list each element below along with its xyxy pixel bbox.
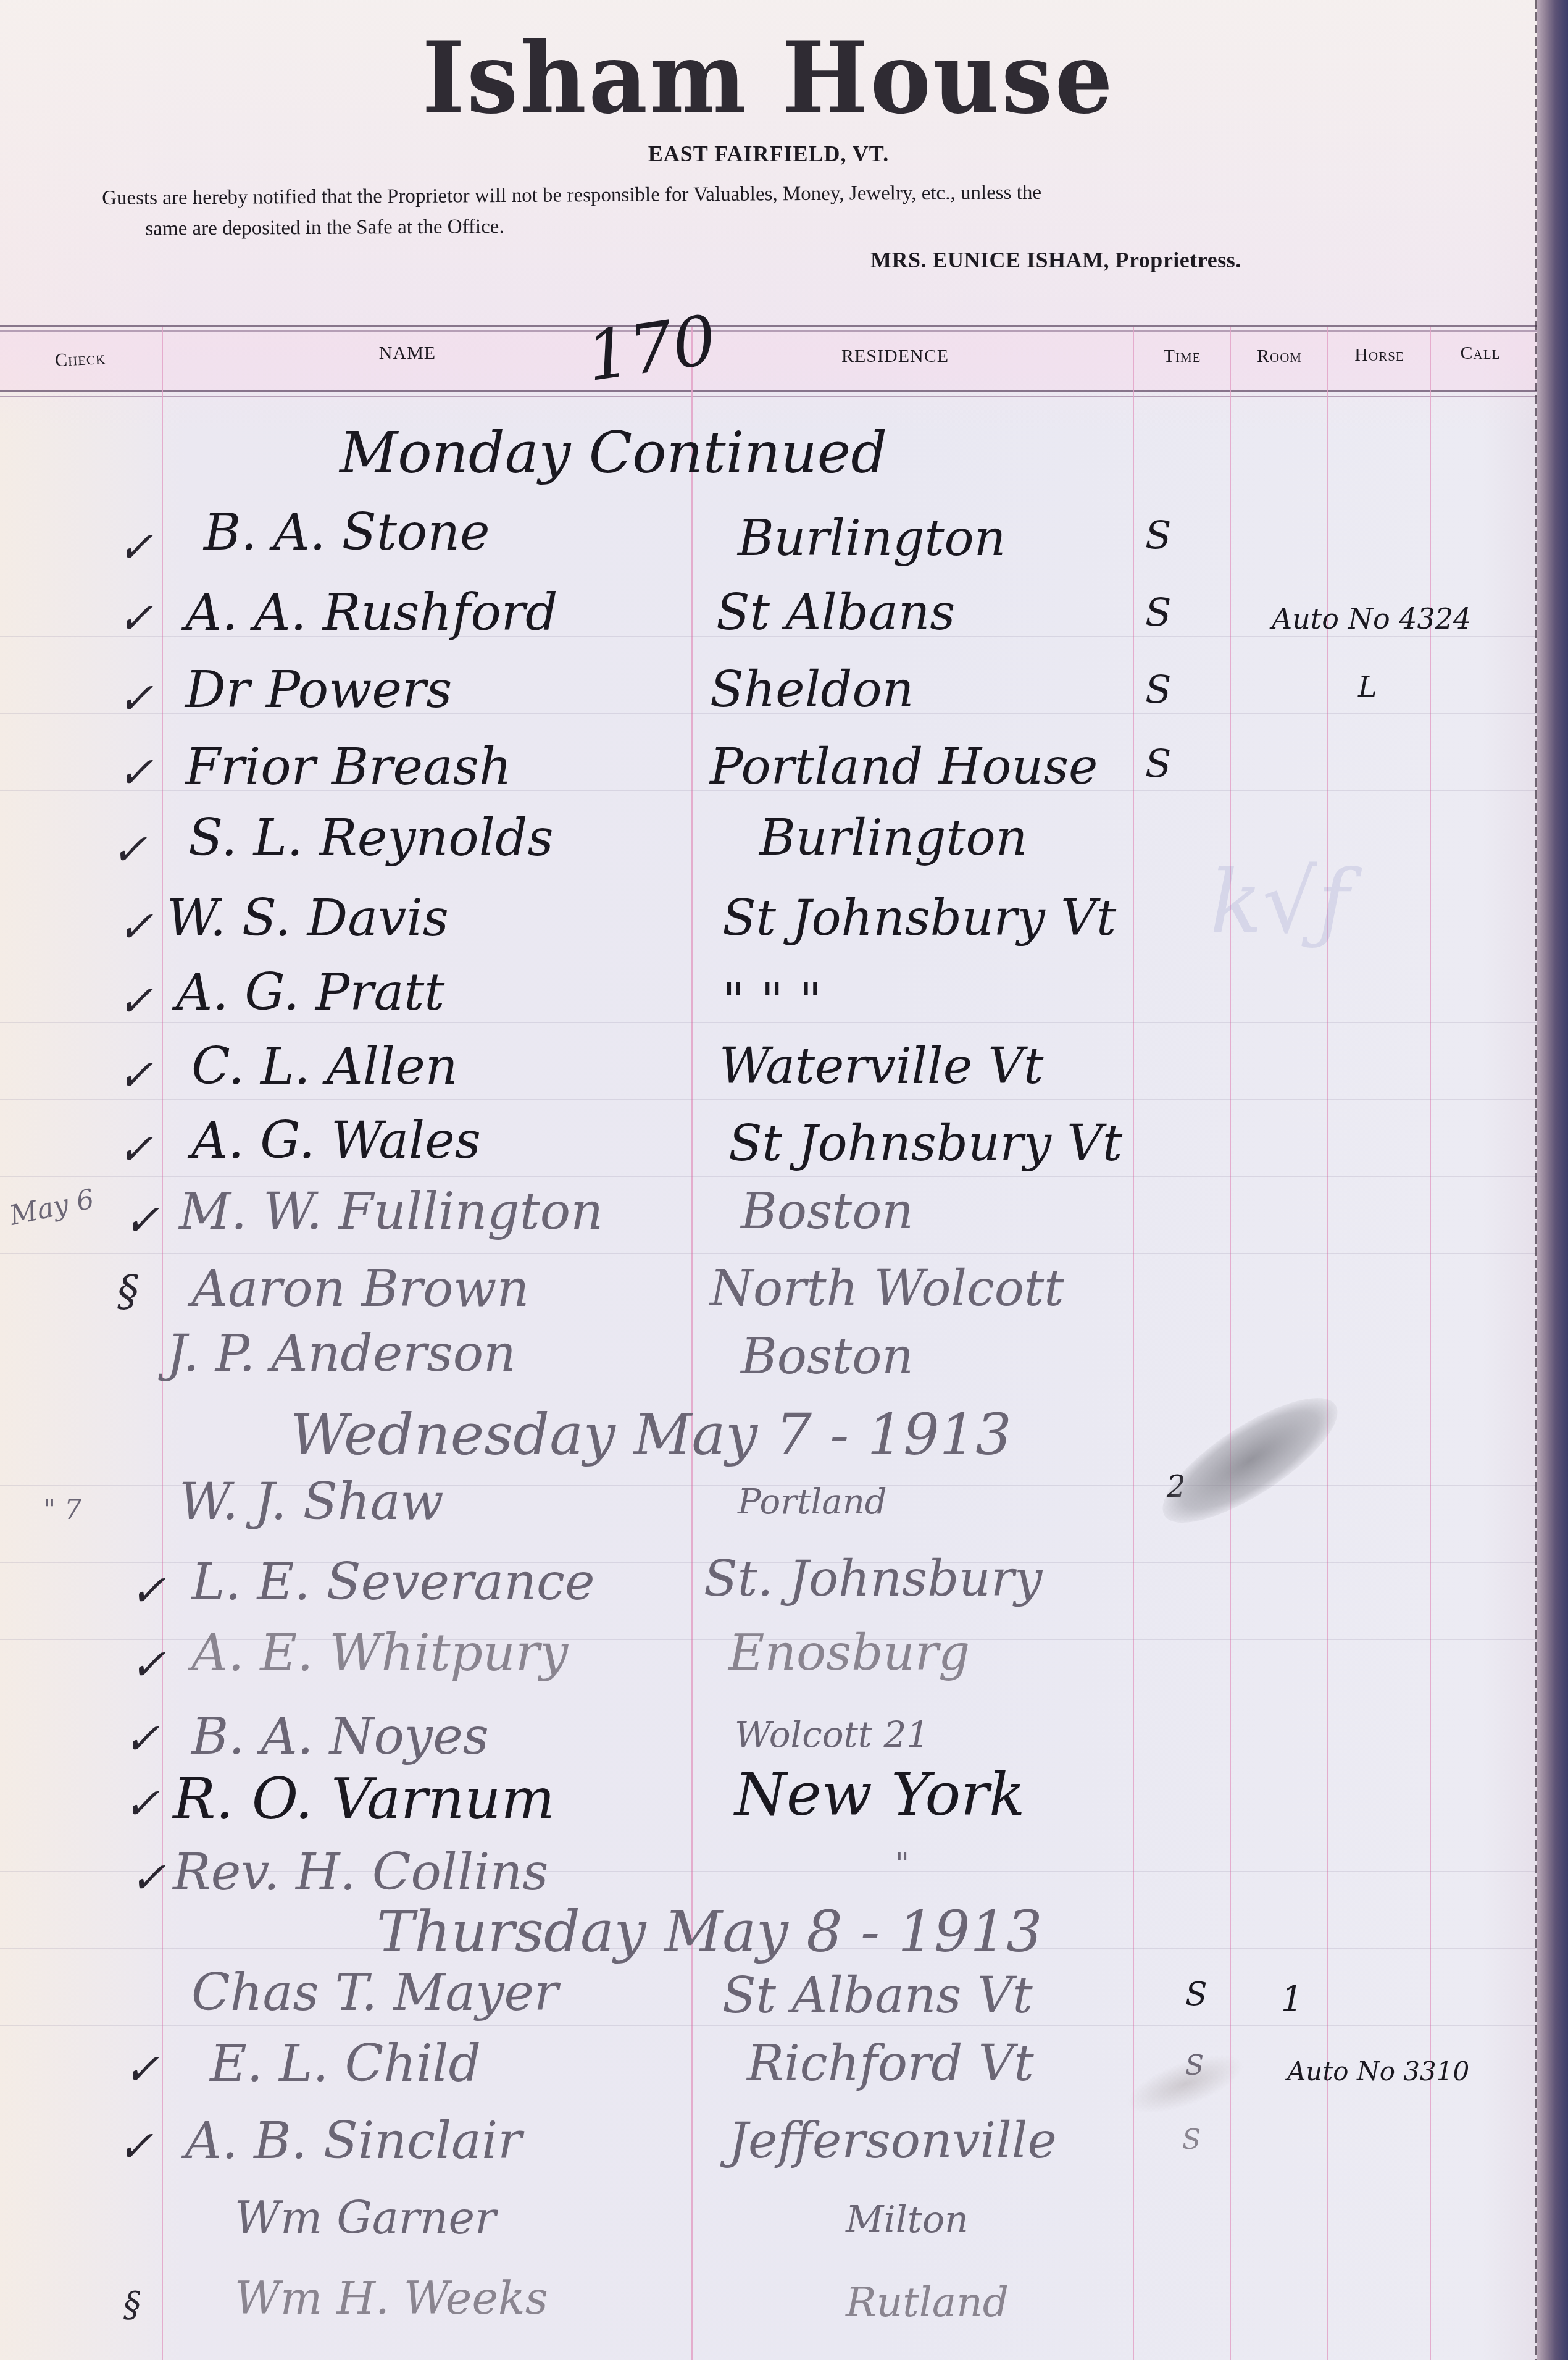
room-number: 1	[1281, 1979, 1303, 2019]
guest-name: B. A. Noyes	[191, 1707, 489, 1766]
column-header-horse: Horse	[1328, 345, 1430, 366]
ledger-page: Isham House EAST FAIRFIELD, VT. Guests a…	[0, 0, 1537, 2360]
notice-line-1: Guests are hereby notified that the Prop…	[102, 182, 1041, 209]
guest-residence: Burlington	[759, 809, 1027, 866]
guest-residence: " " "	[722, 973, 822, 1030]
guest-residence: Boston	[741, 1182, 914, 1240]
guest-residence: Enosburg	[728, 1624, 970, 1681]
guest-residence: St Albans	[716, 584, 955, 641]
check-mark: ✓	[117, 522, 154, 572]
margin-date-note: May 6	[7, 1183, 97, 1232]
check-mark: ✓	[111, 824, 148, 875]
check-mark: ✓	[117, 673, 154, 724]
guest-residence: St. Johnsbury	[704, 1550, 1042, 1607]
guest-name: A. G. Pratt	[176, 963, 444, 1022]
guest-name: E. L. Child	[210, 2035, 481, 2093]
rule-residence-time	[1133, 327, 1134, 2360]
time-mark: S	[1145, 667, 1171, 712]
header-bottom-rule	[0, 390, 1537, 397]
check-mark: §	[123, 2285, 141, 2325]
ink-smudge	[1146, 1376, 1354, 1544]
liability-notice: Guests are hereby notified that the Prop…	[102, 175, 1442, 245]
guest-name: Frior Breash	[185, 738, 512, 797]
section-heading: Monday Continued	[340, 420, 887, 486]
column-header-call: Call	[1431, 343, 1530, 364]
check-mark: ✓	[117, 1050, 154, 1100]
guest-residence: "	[895, 1846, 909, 1882]
guest-name: W. S. Davis	[167, 889, 449, 948]
guest-residence: Boston	[741, 1328, 914, 1385]
guest-name: A. E. Whitpury	[191, 1624, 568, 1683]
guest-name: M. W. Fullington	[179, 1182, 603, 1241]
check-mark: ✓	[130, 1565, 166, 1616]
guest-name: R. O. Varnum	[173, 1766, 555, 1832]
guest-name: Dr Powers	[185, 661, 452, 719]
proprietress-name: MRS. EUNICE ISHAM, Proprietress.	[870, 247, 1241, 273]
guest-name: A. B. Sinclair	[185, 2112, 522, 2170]
guest-name: J. P. Anderson	[167, 1324, 516, 1383]
guest-residence: Sheldon	[710, 661, 914, 718]
margin-date-note: " 7	[43, 1494, 81, 1526]
check-mark: ✓	[117, 976, 154, 1026]
check-mark: ✓	[117, 747, 154, 798]
hotel-location: EAST FAIRFIELD, VT.	[0, 141, 1537, 167]
guest-name: L. E. Severance	[191, 1553, 594, 1612]
check-mark: ✓	[130, 1639, 166, 1690]
check-mark: ✓	[117, 2121, 154, 2172]
column-header-room: Room	[1232, 346, 1327, 367]
check-mark: ✓	[117, 1124, 154, 1174]
time-mark: S	[1182, 2124, 1201, 2156]
guest-residence: Burlington	[738, 509, 1006, 567]
check-mark: §	[117, 1266, 139, 1316]
section-heading: Thursday May 8 - 1913	[377, 1899, 1043, 1965]
time-mark: S	[1145, 513, 1171, 558]
guest-residence: Waterville Vt	[719, 1037, 1043, 1095]
horse-mark: L	[1358, 670, 1377, 703]
guest-name: A. G. Wales	[191, 1111, 481, 1170]
guest-name: Chas T. Mayer	[191, 1964, 558, 2022]
check-mark: ✓	[123, 1195, 160, 1245]
guest-residence: Portland House	[710, 738, 1098, 795]
guest-name: C. L. Allen	[191, 1037, 458, 1096]
column-header-name: NAME	[346, 343, 469, 364]
guest-residence: St Johnsbury Vt	[728, 1115, 1122, 1172]
guest-name: Rev. H. Collins	[173, 1843, 548, 1902]
guest-residence: Jeffersonville	[728, 2112, 1057, 2169]
guest-residence: Rutland	[846, 2278, 1009, 2326]
rule-name-residence	[691, 327, 693, 2360]
check-mark: ✓	[123, 2044, 160, 2094]
check-mark: ✓	[117, 593, 154, 643]
rule-check-name	[162, 327, 163, 2360]
guest-residence: Richford Vt	[747, 2035, 1034, 2092]
hotel-title: Isham House	[62, 20, 1476, 136]
guest-residence: Milton	[846, 2198, 969, 2241]
guest-name: Aaron Brown	[191, 1260, 529, 1318]
check-mark: ✓	[130, 1852, 166, 1903]
guest-residence: St Albans Vt	[722, 1967, 1033, 2024]
guest-name: A. A. Rushford	[185, 584, 558, 642]
guest-name: W. J. Shaw	[179, 1473, 444, 1531]
column-header-time: Time	[1136, 346, 1228, 367]
time-mark: S	[1185, 1976, 1207, 2013]
guest-residence: North Wolcott	[710, 1260, 1064, 1317]
time-mark: S	[1145, 590, 1171, 635]
guest-residence: New York	[735, 1760, 1025, 1829]
check-mark: ✓	[123, 1714, 160, 1764]
auto-number-note: Auto No 3310	[1287, 2056, 1469, 2086]
time-mark: S	[1145, 741, 1171, 786]
header-top-rule	[0, 325, 1537, 332]
check-mark: ✓	[117, 902, 154, 952]
guest-residence: Wolcott 21	[735, 1714, 929, 1755]
auto-number-note: Auto No 4324	[1272, 602, 1471, 635]
book-binding	[1537, 0, 1568, 2360]
guest-name: S. L. Reynolds	[188, 809, 554, 868]
check-mark: ✓	[123, 1778, 160, 1829]
faded-blue-mark: k√ƒ	[1210, 852, 1349, 953]
column-header-residence: RESIDENCE	[815, 346, 975, 367]
guest-name: B. A. Stone	[204, 503, 490, 562]
guest-name: Wm H. Weeks	[235, 2272, 548, 2324]
guest-residence: St Johnsbury Vt	[722, 889, 1116, 947]
section-heading: Wednesday May 7 - 1913	[290, 1402, 1012, 1468]
guest-residence: Portland	[738, 1482, 887, 1522]
guest-name: Wm Garner	[235, 2192, 496, 2244]
